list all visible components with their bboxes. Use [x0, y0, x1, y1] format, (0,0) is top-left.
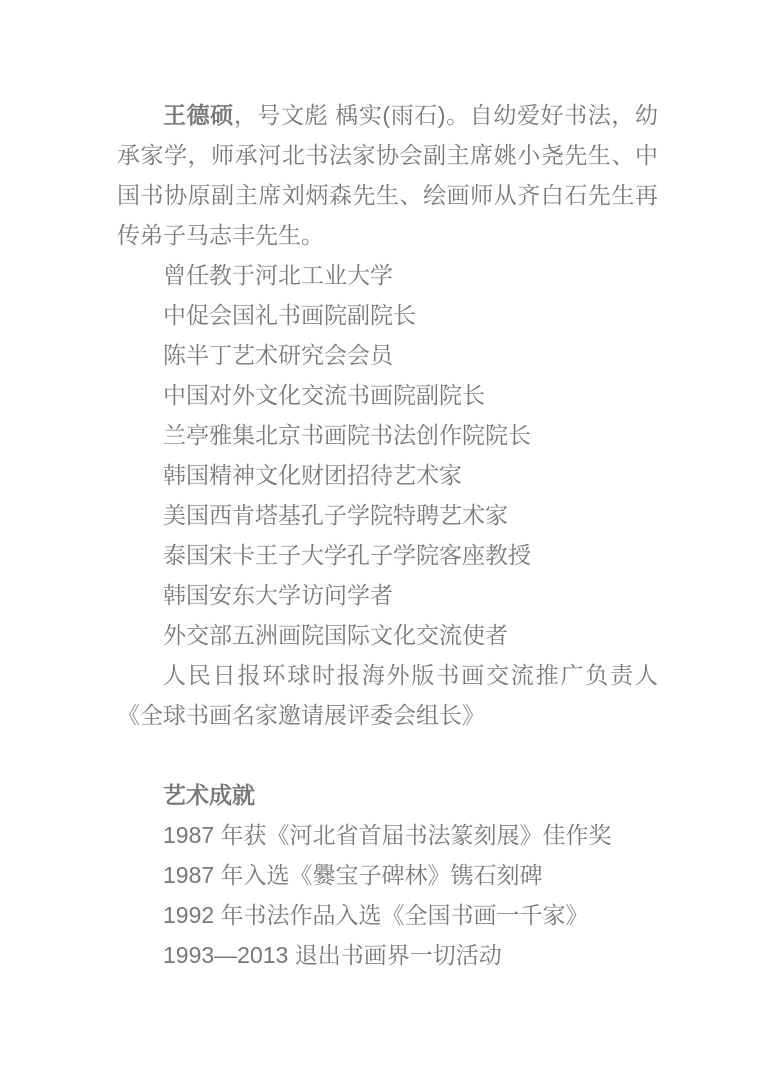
title-line: 曾任教于河北工业大学 — [117, 255, 658, 295]
artist-name: 王德硕 — [163, 102, 234, 128]
achievement-line: 1987 年入选《爨宝子碑林》镌石刻碑 — [117, 855, 658, 895]
page: { "page": { "background_color": "#ffffff… — [0, 0, 763, 1080]
title-line: 韩国安东大学访问学者 — [117, 575, 658, 615]
title-line: 兰亭雅集北京书画院书法创作院院长 — [117, 415, 658, 455]
achievement-line: 1993—2013 退出书画界一切活动 — [117, 935, 658, 975]
title-line: 泰国宋卡王子大学孔子学院客座教授 — [117, 535, 658, 575]
title-line: 人民日报环球时报海外版书画交流推广负责人《全球书画名家邀请展评委会组长》 — [117, 655, 658, 735]
bio-intro-paragraph: 王德硕，号文彪 楀实(雨石)。自幼爱好书法，幼承家学，师承河北书法家协会副主席姚… — [117, 95, 658, 255]
title-line: 中促会国礼书画院副院长 — [117, 295, 658, 335]
title-line: 陈半丁艺术研究会会员 — [117, 335, 658, 375]
achievements-heading: 艺术成就 — [117, 775, 658, 815]
title-line: 美国西肯塔基孔子学院特聘艺术家 — [117, 495, 658, 535]
achievement-line: 1992 年书法作品入选《全国书画一千家》 — [117, 895, 658, 935]
title-line: 韩国精神文化财团招待艺术家 — [117, 455, 658, 495]
achievement-line: 1987 年获《河北省首届书法篆刻展》佳作奖 — [117, 815, 658, 855]
bio-document: 王德硕，号文彪 楀实(雨石)。自幼爱好书法，幼承家学，师承河北书法家协会副主席姚… — [117, 95, 658, 975]
title-line: 中国对外文化交流书画院副院长 — [117, 375, 658, 415]
title-line: 外交部五洲画院国际文化交流使者 — [117, 615, 658, 655]
